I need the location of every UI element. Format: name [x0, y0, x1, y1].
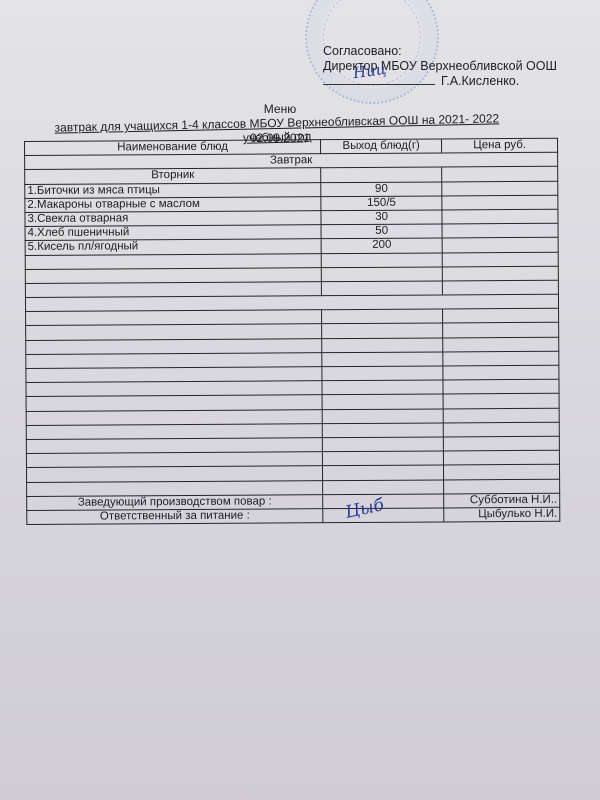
signature-underline: Ниц [323, 73, 435, 85]
empty-cell [321, 252, 442, 267]
empty-cell [443, 280, 559, 295]
empty-cell [322, 323, 443, 338]
dish-yield: 50 [321, 224, 442, 239]
empty-cell [322, 394, 443, 409]
empty-cell [444, 479, 560, 494]
empty-cell [444, 465, 560, 480]
approval-label: Согласовано: [323, 44, 557, 59]
director-signature: Ниц [352, 62, 387, 81]
empty-cell [322, 380, 443, 395]
empty-cell [321, 281, 442, 296]
empty-cell [323, 465, 444, 480]
empty-cell [322, 423, 443, 438]
empty-cell [323, 479, 444, 494]
empty-cell [321, 267, 442, 282]
dish-price [442, 181, 558, 196]
empty-cell [323, 451, 444, 466]
empty-cell [442, 167, 558, 182]
empty-cell [322, 366, 443, 381]
approval-block: Согласовано: Директор МБОУ Верхнеобливск… [323, 44, 557, 89]
empty-cell [442, 252, 558, 267]
empty-cell [321, 167, 442, 182]
dish-yield: 150/5 [321, 196, 442, 211]
empty-cell [322, 409, 443, 424]
dish-price [442, 195, 558, 210]
dish-price [442, 209, 558, 224]
empty-cell [322, 309, 443, 324]
empty-cell [442, 266, 558, 281]
dish-yield: 30 [321, 210, 442, 225]
responsible-signature: Цыб [344, 499, 385, 520]
empty-cell [322, 352, 443, 367]
footer-name: Субботина Н.И.. [444, 493, 560, 508]
empty-cell [443, 379, 559, 394]
empty-cell [443, 337, 559, 352]
dish-yield: 90 [321, 182, 442, 197]
empty-cell [443, 308, 559, 323]
empty-cell [443, 351, 559, 366]
empty-cell [444, 450, 560, 465]
empty-cell [443, 323, 559, 338]
menu-table: Наименование блюд Выход блюд(г) Цена руб… [24, 138, 560, 525]
empty-cell [443, 436, 559, 451]
empty-cell [443, 394, 559, 409]
empty-cell [443, 365, 559, 380]
signature-cell: Цыб [323, 508, 444, 523]
director-name: Г.А.Кисленко. [441, 74, 519, 88]
footer-row: Ответственный за питание :ЦыбЦыбулько Н.… [27, 507, 560, 524]
empty-cell [322, 437, 443, 452]
footer-name: Цыбулько Н.И. [444, 507, 560, 522]
dish-price [442, 238, 558, 253]
dish-price [442, 223, 558, 238]
dish-yield: 200 [321, 238, 442, 253]
footer-role: Ответственный за питание : [27, 509, 323, 525]
empty-cell [443, 408, 559, 423]
empty-cell [443, 422, 559, 437]
column-header-yield: Выход блюд(г) [321, 139, 442, 154]
empty-cell [322, 338, 443, 353]
column-header-price: Цена руб. [442, 138, 558, 153]
approval-signature-line: НицГ.А.Кисленко. [323, 73, 557, 89]
